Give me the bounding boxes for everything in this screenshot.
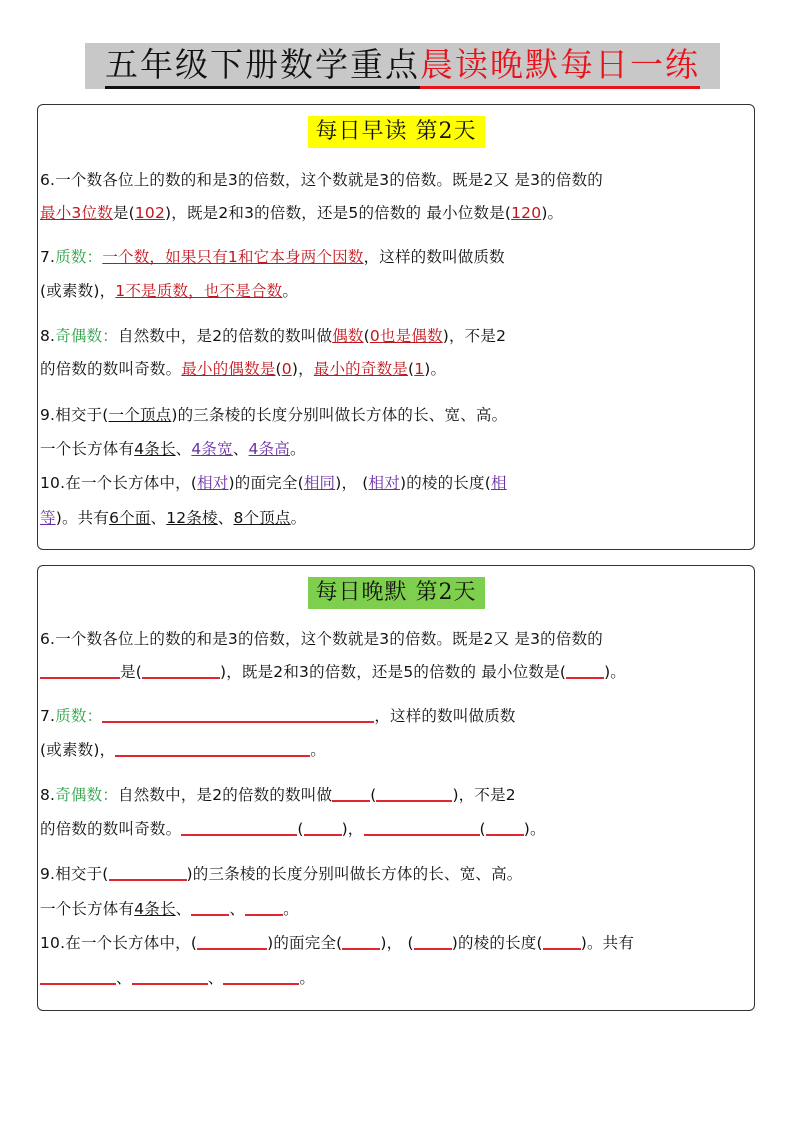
answer: 0也是偶数 [370,327,443,345]
answer: 120 [511,204,541,222]
text: 。 [283,900,299,918]
q6-line1: 6.一个数各位上的数的和是3的倍数，这个数就是3的倍数。既是2又 是3的倍数的 [40,169,603,191]
text: ，这样的数叫做质数 [364,248,505,266]
text: )。 [424,360,446,378]
text: )，既是2和3的倍数，还是5的倍数的 最小位数是( [165,204,511,222]
answer: 相 [491,474,507,492]
blank-field[interactable] [245,898,283,916]
answer: 4条长 [134,900,175,918]
text: )， ( [380,934,413,952]
text: 。 [291,509,307,527]
answer: 偶数 [332,327,363,345]
text: )的面完全( [267,934,342,952]
text: 7. [40,248,55,266]
title-red-part: 晨读晚默每日一练 [420,44,700,89]
blank-field[interactable] [181,818,297,836]
text: 。 [282,282,298,300]
q8-line2: 的倍数的数叫奇数。()，()。 [40,818,546,840]
text: )。 [524,820,546,838]
q10-line1: 10.在一个长方体中，()的面完全()， ()的棱的长度()。共有 [40,932,634,954]
blank-field[interactable] [115,739,310,757]
q8-line2: 的倍数的数叫奇数。最小的偶数是(0)，最小的奇数是(1)。 [40,358,446,380]
text: 一个长方体有 [40,900,134,918]
blank-field[interactable] [40,661,120,679]
text: 的倍数的数叫奇数。 [40,360,181,378]
text: 、 [176,440,192,458]
blank-field[interactable] [40,967,116,985]
text: 。 [290,440,306,458]
q6-line2: 最小3位数是(102)，既是2和3的倍数，还是5的倍数的 最小位数是(120)。 [40,202,563,224]
text: 一个长方体有 [40,440,134,458]
text: )，不是2 [452,786,515,804]
text: (或素数)， [40,282,115,300]
text: 、 [218,509,234,527]
text: 8. [40,327,55,345]
answer: 相同 [304,474,335,492]
q10-line2: 、、。 [40,967,315,989]
text: )的棱的长度( [400,474,491,492]
answer: 1不是质数，也不是合数 [115,282,282,300]
blank-field[interactable] [376,784,452,802]
term-label: 奇偶数： [55,786,118,804]
page-title: 五年级下册数学重点晨读晚默每日一练 [85,43,720,89]
text: 10.在一个长方体中，( [40,934,197,952]
evening-heading: 每日晚默 第2天 [308,577,485,609]
blank-field[interactable] [486,818,524,836]
text: 、 [151,509,167,527]
text: 自然数中，是2的倍数的数叫做 [118,327,332,345]
blank-field[interactable] [566,661,604,679]
text: )，不是2 [443,327,506,345]
q10-line1: 10.在一个长方体中，(相对)的面完全(相同)， (相对)的棱的长度(相 [40,472,507,494]
q9-line1: 9.相交于()的三条棱的长度分别叫做长方体的长、宽、高。 [40,863,523,885]
q8-line1: 8.奇偶数：自然数中，是2的倍数的数叫做()，不是2 [40,784,516,806]
q9-line2: 一个长方体有4条长、4条宽、4条高。 [40,438,306,460]
text: 的倍数的数叫奇数。 [40,820,181,838]
blank-field[interactable] [109,863,187,881]
morning-heading: 每日早读 第2天 [308,116,485,148]
q6-line1: 6.一个数各位上的数的和是3的倍数，这个数就是3的倍数。既是2又 是3的倍数的 [40,628,603,650]
answer: 最小的奇数是 [314,360,408,378]
q7-line2: (或素数)，。 [40,739,326,761]
text: 、 [208,969,224,987]
text: 是( [120,663,142,681]
morning-reading-card: 每日早读 第2天 6.一个数各位上的数的和是3的倍数，这个数就是3的倍数。既是2… [37,104,755,550]
text: 、 [229,900,245,918]
answer: 6个面 [109,509,150,527]
answer: 1 [414,360,424,378]
q7-line1: 7.质数：，这样的数叫做质数 [40,705,516,727]
text: ，这样的数叫做质数 [374,707,515,725]
evening-recall-card: 每日晚默 第2天 6.一个数各位上的数的和是3的倍数，这个数就是3的倍数。既是2… [37,565,755,1011]
answer: 相对 [197,474,228,492]
blank-field[interactable] [332,784,370,802]
answer: 等 [40,509,56,527]
answer: 相对 [369,474,400,492]
blank-field[interactable] [142,661,220,679]
blank-field[interactable] [132,967,208,985]
blank-field[interactable] [197,932,267,950]
text: 。 [310,741,326,759]
text: )， [292,360,314,378]
blank-field[interactable] [414,932,452,950]
text: 。 [299,969,315,987]
text: 是( [113,204,135,222]
term-label: 质数： [55,248,102,266]
q9-line1: 9.相交于(一个顶点)的三条棱的长度分别叫做长方体的长、宽、高。 [40,404,507,426]
q9-line2: 一个长方体有4条长、、。 [40,898,299,920]
text: 7. [40,707,55,725]
text: )的棱的长度( [452,934,543,952]
answer: 最小3位数 [40,204,113,222]
answer: 4条宽 [191,440,232,458]
title-black-part: 五年级下册数学重点 [105,44,420,89]
text: )的三条棱的长度分别叫做长方体的长、宽、高。 [171,406,507,424]
text: 、 [233,440,249,458]
answer: 102 [135,204,165,222]
text: 、 [116,969,132,987]
text: )。共有 [56,509,109,527]
text: 、 [176,900,192,918]
answer: 0 [282,360,292,378]
text: 自然数中，是2的倍数的数叫做 [118,786,332,804]
text: )，既是2和3的倍数，还是5的倍数的 最小位数是( [220,663,566,681]
blank-field[interactable] [304,818,342,836]
text: )。共有 [581,934,634,952]
text: )， [342,820,364,838]
q8-line1: 8.奇偶数：自然数中，是2的倍数的数叫做偶数(0也是偶数)，不是2 [40,325,506,347]
text: 8. [40,786,55,804]
answer: 12条棱 [166,509,218,527]
answer: 一个数，如果只有1和它本身两个因数 [102,248,363,266]
blank-field[interactable] [543,932,581,950]
blank-field[interactable] [364,818,480,836]
answer: 4条高 [249,440,290,458]
q10-line2: 等)。共有6个面、12条棱、8个顶点。 [40,507,306,529]
blank-field[interactable] [342,932,380,950]
text: 9.相交于( [40,865,109,883]
text: )， ( [335,474,368,492]
blank-field[interactable] [223,967,299,985]
blank-field[interactable] [102,705,374,723]
q6-line2: 是()，既是2和3的倍数，还是5的倍数的 最小位数是()。 [40,661,626,683]
answer: 8个顶点 [233,509,290,527]
answer: 最小的偶数是 [181,360,275,378]
answer: 一个顶点 [109,406,172,424]
text: )。 [604,663,626,681]
text: )的面完全( [229,474,304,492]
text: (或素数)， [40,741,115,759]
text: 9.相交于( [40,406,109,424]
term-label: 质数： [55,707,102,725]
blank-field[interactable] [191,898,229,916]
q7-line2: (或素数)，1不是质数，也不是合数。 [40,280,298,302]
text: )的三条棱的长度分别叫做长方体的长、宽、高。 [187,865,523,883]
term-label: 奇偶数： [55,327,118,345]
answer: 4条长 [134,440,175,458]
q7-line1: 7.质数：一个数，如果只有1和它本身两个因数，这样的数叫做质数 [40,246,505,268]
text: )。 [541,204,563,222]
text: 10.在一个长方体中，( [40,474,197,492]
